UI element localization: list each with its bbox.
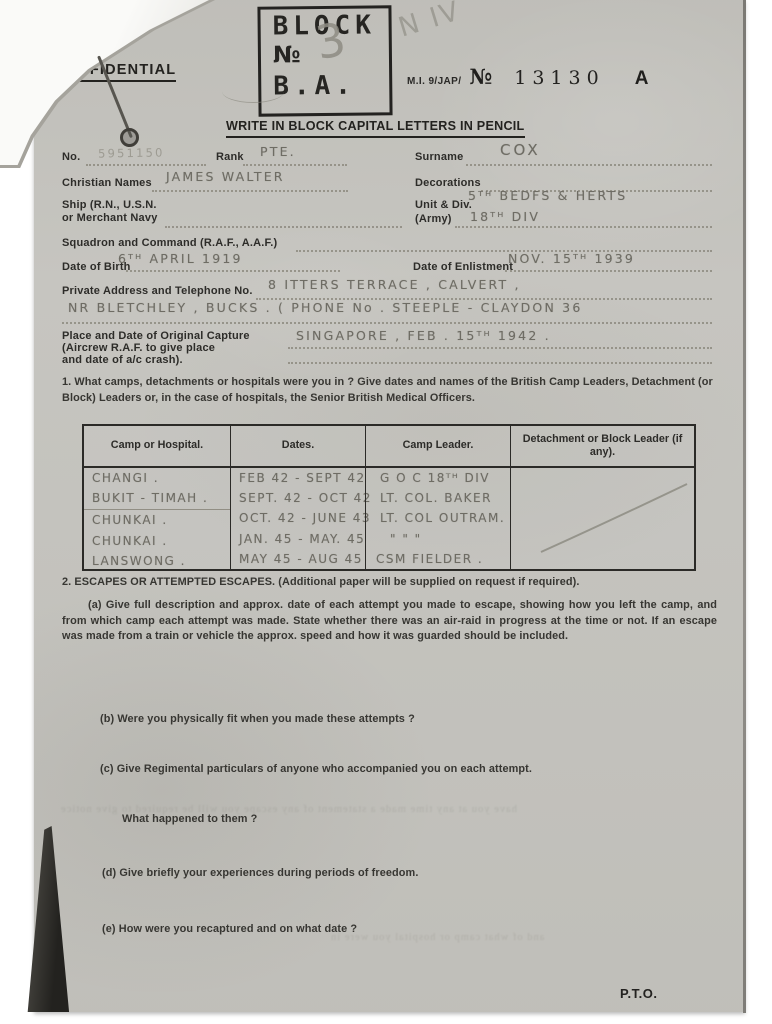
dates-cell: MAY 45 - AUG 45 — [231, 549, 365, 569]
capture-label-1: Place and Date of Original Capture — [62, 330, 250, 343]
question-2-heading: 2. ESCAPES OR ATTEMPTED ESCAPES. (Additi… — [62, 575, 722, 591]
pto-label: P.T.O. — [620, 986, 657, 1001]
dates-column: FEB 42 - SEPT 42 SEPT. 42 - OCT 42 OCT. … — [230, 468, 365, 571]
leader-cell: LT. COL OUTRAM. — [366, 508, 510, 528]
address-value-2: NR BLETCHLEY , BUCKS . ( PHONE No . STEE… — [68, 300, 582, 315]
file-reference: M.I. 9/JAP/ № 13130 A — [407, 64, 648, 90]
camp-cell: CHANGI . — [84, 468, 230, 488]
no-label: No. — [62, 151, 80, 164]
capture-label-2: (Aircrew R.A.F. to give place — [62, 342, 215, 355]
ref-prefix: M.I. 9/JAP/ — [407, 76, 461, 87]
rank-value: PTE. — [260, 144, 296, 159]
bleedthrough-text: have you at any time made a statement of… — [60, 804, 517, 815]
squadron-label: Squadron and Command (R.A.F., A.A.F.) — [62, 237, 277, 250]
pencil-stray-mark — [222, 80, 284, 103]
surname-label: Surname — [415, 151, 463, 164]
col-header-leader: Camp Leader. — [365, 426, 510, 466]
camp-column: CHANGI . BUKIT - TIMAH . CHUNKAI . CHUNK… — [84, 468, 230, 571]
squadron-line — [296, 236, 712, 252]
capture-label-3: and date of a/c crash). — [62, 354, 183, 367]
question-1: 1. What camps, detachments or hospitals … — [62, 375, 714, 406]
capture-value: SINGAPORE , FEB . 15ᵀᴴ 1942 . — [296, 328, 551, 343]
no-value: 5951150 — [98, 145, 165, 160]
leader-cell-ditto: " " " — [366, 529, 510, 549]
block-leader-column — [510, 468, 694, 571]
enlistment-label: Date of Enlistment — [413, 261, 513, 274]
question-2d: (d) Give briefly your experiences during… — [102, 866, 418, 882]
dates-cell: FEB 42 - SEPT 42 — [231, 468, 365, 488]
leader-cell: CSM FIELDER . — [366, 549, 510, 569]
camp-cell: CHUNKAI . — [84, 531, 230, 551]
col-header-dates: Dates. — [230, 426, 365, 466]
ref-number: 13130 — [514, 67, 604, 89]
col-header-block-leader: Detachment or Block Leader (if any). — [510, 426, 694, 466]
leader-cell: G O C 18ᵀᴴ DIV — [366, 468, 510, 488]
ref-no-glyph: № — [469, 64, 492, 89]
bleedthrough-text: and of what camp or hospital you were in — [330, 932, 544, 943]
dates-cell: SEPT. 42 - OCT 42 — [231, 488, 365, 508]
camp-table-header: Camp or Hospital. Dates. Camp Leader. De… — [84, 426, 694, 468]
address-value-1: 8 ITTERS TERRACE , CALVERT , — [268, 277, 521, 292]
question-2b: (b) Were you physically fit when you mad… — [100, 712, 415, 728]
question-2a: (a) Give full description and approx. da… — [62, 598, 717, 645]
form-instruction-title: WRITE IN BLOCK CAPITAL LETTERS IN PENCIL — [226, 119, 525, 138]
unit-div-label-2: (Army) — [415, 213, 452, 226]
surname-value: COX — [500, 141, 541, 159]
dob-value: 6ᵀᴴ APRIL 1919 — [118, 251, 243, 266]
unit-div-label-1: Unit & Div. — [415, 199, 472, 212]
stamp-ba-label: B.A. — [273, 71, 356, 102]
scanned-form-page: CONFIDENTIAL BLOCK № B.A. 3 N IV M.I. 9/… — [0, 0, 772, 1024]
col-header-camp: Camp or Hospital. — [84, 426, 230, 466]
leader-column: G O C 18ᵀᴴ DIV LT. COL. BAKER LT. COL OU… — [365, 468, 510, 571]
rank-label: Rank — [216, 151, 244, 164]
page-right-edge — [743, 0, 746, 1013]
ship-label-1: Ship (R.N., U.S.N. — [62, 199, 157, 212]
christian-names-label: Christian Names — [62, 177, 152, 190]
camp-cell: CHUNKAI . — [84, 510, 230, 530]
christian-names-value: JAMES WALTER — [166, 169, 285, 184]
dates-cell: OCT. 42 - JUNE 43 — [231, 508, 365, 528]
ship-line — [165, 212, 402, 228]
ref-series-letter: A — [635, 68, 649, 90]
dates-cell: JAN. 45 - MAY. 45 — [231, 529, 365, 549]
camp-table: Camp or Hospital. Dates. Camp Leader. De… — [82, 424, 696, 571]
camp-cell: BUKIT - TIMAH . — [84, 488, 230, 510]
eyelet-hole — [120, 128, 139, 147]
question-2c: (c) Give Regimental particulars of anyon… — [100, 762, 532, 778]
address-label: Private Address and Telephone No. — [62, 285, 253, 298]
question-2e: (e) How were you recaptured and on what … — [102, 922, 357, 938]
stamp-no-label: № — [273, 42, 306, 68]
enlistment-value: NOV. 15ᵀᴴ 1939 — [508, 251, 635, 266]
camp-table-body: CHANGI . BUKIT - TIMAH . CHUNKAI . CHUNK… — [84, 468, 694, 569]
capture-line-2 — [288, 348, 712, 364]
camp-cell: LANSWONG . — [84, 551, 230, 571]
leader-cell: LT. COL. BAKER — [366, 488, 510, 508]
unit-div-value-2: 18ᵀᴴ DIV — [470, 209, 540, 224]
unit-div-value-1: 5ᵀᴴ BEDFS & HERTS — [468, 188, 627, 203]
pencil-diagonal-stroke — [511, 468, 695, 569]
ship-label-2: or Merchant Navy — [62, 212, 158, 225]
